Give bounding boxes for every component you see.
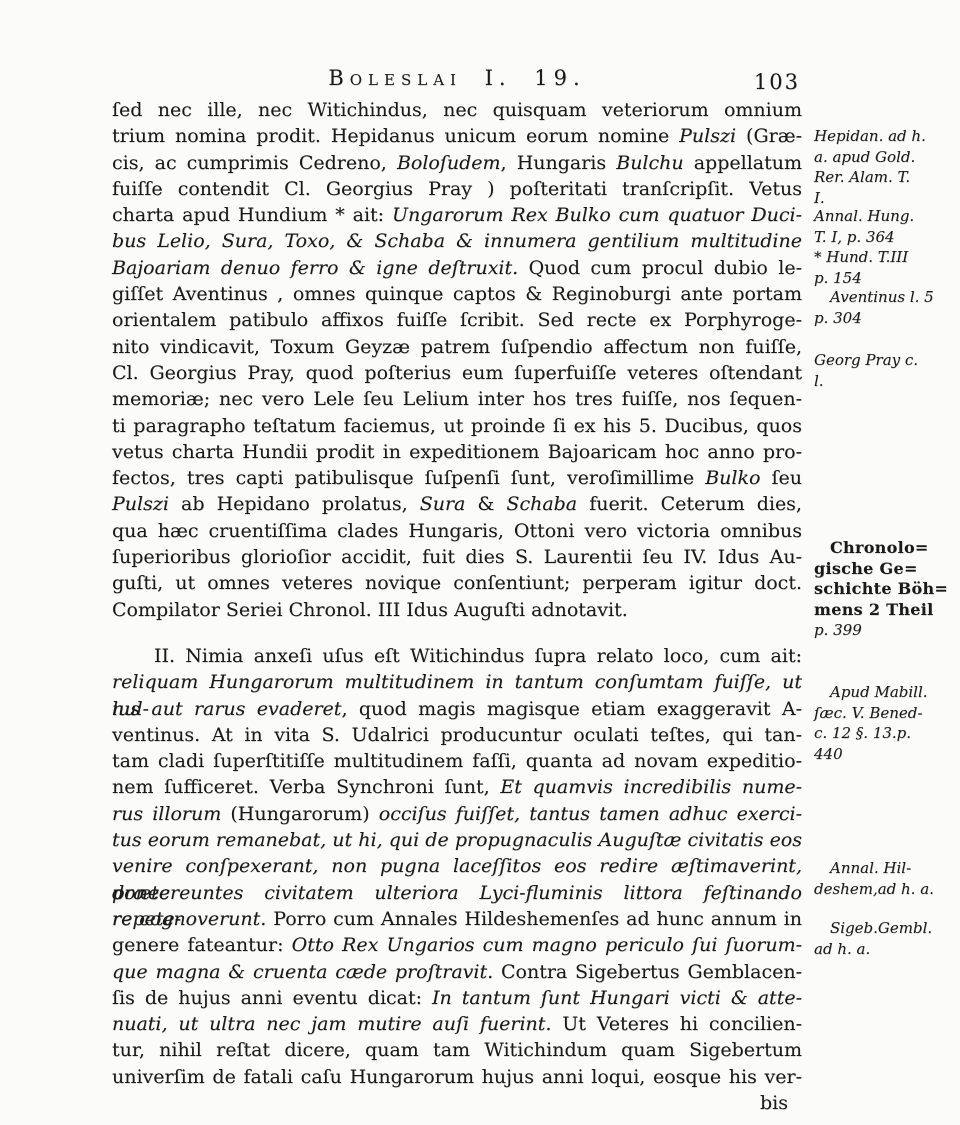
catchword: bis bbox=[112, 1090, 802, 1116]
body-text: ſed nec ille, nec Witichindus, nec quisq… bbox=[112, 97, 802, 1116]
margin-note: * Hund. T.IIIp. 154 bbox=[814, 247, 958, 288]
margin-note-line: gische Ge= bbox=[814, 559, 958, 580]
margin-note-line: a. apud Gold. bbox=[814, 147, 958, 168]
margin-note-line: ſæc. V. Bened- bbox=[814, 703, 958, 724]
text-line: nito vindicavit, Toxum Geyzæ patrem ſuſp… bbox=[112, 334, 802, 360]
margin-note-line: ad h. a. bbox=[814, 939, 958, 960]
text-line: giſſet Aventinus , omnes quinque captos … bbox=[112, 281, 802, 307]
text-line: fectos, tres capti patibulisque ſuſpenſi… bbox=[112, 465, 802, 491]
margin-note: Chronolo=gische Ge=schichte Böh=mens 2 T… bbox=[814, 538, 958, 641]
text-line: bus Lelio, Sura, Toxo, & Schaba & innume… bbox=[112, 228, 802, 254]
margin-note-line: p. 154 bbox=[814, 268, 958, 289]
text-line: prætereuntes civitatem ulteriora Lyci-fl… bbox=[112, 880, 802, 906]
margin-note: Annal. Hil-deshem,ad h. a. bbox=[814, 858, 958, 899]
margin-note-line: Sigeb.Gembl. bbox=[814, 918, 958, 939]
margin-note-line: Rer. Alam. T. bbox=[814, 167, 958, 188]
text-line: II. Nimia anxeſi uſus eſt Witichindus ſu… bbox=[112, 643, 802, 669]
text-line: lus aut rarus evaderet, quod magis magis… bbox=[112, 696, 802, 722]
text-line: nuati, ut ultra nec jam mutire auſi fuer… bbox=[112, 1011, 802, 1037]
margin-note: Annal. Hung.T. I, p. 364 bbox=[814, 206, 958, 247]
margin-note-line: * Hund. T.III bbox=[814, 247, 958, 268]
margin-note-line: Apud Mabill. bbox=[814, 682, 958, 703]
text-line: reliquam Hungarorum multitudinem in tant… bbox=[112, 669, 802, 695]
text-line: ſis de hujus anni eventu dicat: In tantu… bbox=[112, 985, 802, 1011]
margin-note: Hepidan. ad h.a. apud Gold.Rer. Alam. T.… bbox=[814, 126, 958, 208]
text-line: trium nomina prodit. Hepidanus unicum eo… bbox=[112, 123, 802, 149]
text-line: ſed nec ille, nec Witichindus, nec quisq… bbox=[112, 97, 802, 123]
text-line: ti paragrapho teſtatum faciemus, ut proi… bbox=[112, 413, 802, 439]
text-line: orientalem patibulo affixos fuiſſe ſcrib… bbox=[112, 307, 802, 333]
paragraph: ſed nec ille, nec Witichindus, nec quisq… bbox=[112, 97, 802, 623]
text-line: ventinus. At in vita S. Udalrici producu… bbox=[112, 722, 802, 748]
margin-note-line: c. 12 §. 13.p. bbox=[814, 723, 958, 744]
margin-note: Apud Mabill.ſæc. V. Bened-c. 12 §. 13.p.… bbox=[814, 682, 958, 764]
text-line: Pulszi ab Hepidano prolatus, Sura & Scha… bbox=[112, 491, 802, 517]
text-line: guſti, ut omnes veteres novique conſenti… bbox=[112, 570, 802, 596]
text-line: Bajoariam denuo ferro & igne deſtruxit. … bbox=[112, 255, 802, 281]
margin-note: Georg Pray c.l. bbox=[814, 350, 958, 391]
text-line: Cl. Georgius Pray, quod poſterius eum ſu… bbox=[112, 360, 802, 386]
text-line: vetus charta Hundii prodit in expedition… bbox=[112, 439, 802, 465]
text-line: tam cladi ſuperſtitiſſe multitudinem faſ… bbox=[112, 748, 802, 774]
text-line: fuiſſe contendit Cl. Georgius Pray ) poſ… bbox=[112, 176, 802, 202]
text-line: tus eorum remanebat, ut hi, qui de propu… bbox=[112, 827, 802, 853]
margin-note-line: Georg Pray c. bbox=[814, 350, 958, 371]
text-line: charta apud Hundium * ait: Ungarorum Rex… bbox=[112, 202, 802, 228]
margin-note-line: Hepidan. ad h. bbox=[814, 126, 958, 147]
margin-note-line: Chronolo= bbox=[814, 538, 958, 559]
margin-note: Aventinus l. 5p. 304 bbox=[814, 287, 958, 328]
text-line: venire conſpexerant, non pugna laceſſito… bbox=[112, 853, 802, 879]
page-title: Boleslai I. 19. bbox=[112, 66, 802, 90]
text-line: que magna & cruenta cæde proſtravit. Con… bbox=[112, 959, 802, 985]
text-line: nem ſufficeret. Verba Synchroni ſunt, Et… bbox=[112, 774, 802, 800]
margin-note-line: mens 2 Theil bbox=[814, 600, 958, 621]
text-line: cis, ac cumprimis Cedreno, Boloſudem, Hu… bbox=[112, 150, 802, 176]
margin-note-line: 440 bbox=[814, 744, 958, 765]
text-line: ſuperioribus glorioſior accidit, fuit di… bbox=[112, 544, 802, 570]
text-line: rus illorum (Hungarorum) occiſus fuiſſet… bbox=[112, 801, 802, 827]
margin-note-line: deshem,ad h. a. bbox=[814, 879, 958, 900]
text-line: qua hæc cruentiſſima clades Hungaris, Ot… bbox=[112, 518, 802, 544]
margin-note: Sigeb.Gembl.ad h. a. bbox=[814, 918, 958, 959]
margin-note-line: Annal. Hil- bbox=[814, 858, 958, 879]
paragraph: II. Nimia anxeſi uſus eſt Witichindus ſu… bbox=[112, 643, 802, 1090]
text-line: tur, nihil reſtat dicere, quam tam Witic… bbox=[112, 1037, 802, 1063]
margin-note-line: I. bbox=[814, 188, 958, 209]
margin-note-line: T. I, p. 364 bbox=[814, 227, 958, 248]
text-line: memoriæ; nec vero Lele ſeu Lelium inter … bbox=[112, 386, 802, 412]
margin-note-line: schichte Böh= bbox=[814, 579, 958, 600]
text-line: genere fateantur: Otto Rex Ungarios cum … bbox=[112, 932, 802, 958]
margin-note-line: Annal. Hung. bbox=[814, 206, 958, 227]
margin-note-line: p. 304 bbox=[814, 308, 958, 329]
text-line: Compilator Seriei Chronol. III Idus Augu… bbox=[112, 597, 802, 623]
margin-note-line: l. bbox=[814, 371, 958, 392]
page-number: 103 bbox=[754, 70, 800, 94]
margin-note-line: p. 399 bbox=[814, 620, 958, 641]
text-line: univerſim de fatali caſu Hungarorum huju… bbox=[112, 1064, 802, 1090]
running-header: Boleslai I. 19. 103 bbox=[112, 66, 802, 98]
book-page-scan: Boleslai I. 19. 103 ſed nec ille, nec Wi… bbox=[0, 0, 960, 1125]
text-line: re cognoverunt. Porro cum Annales Hildes… bbox=[112, 906, 802, 932]
margin-note-line: Aventinus l. 5 bbox=[814, 287, 958, 308]
